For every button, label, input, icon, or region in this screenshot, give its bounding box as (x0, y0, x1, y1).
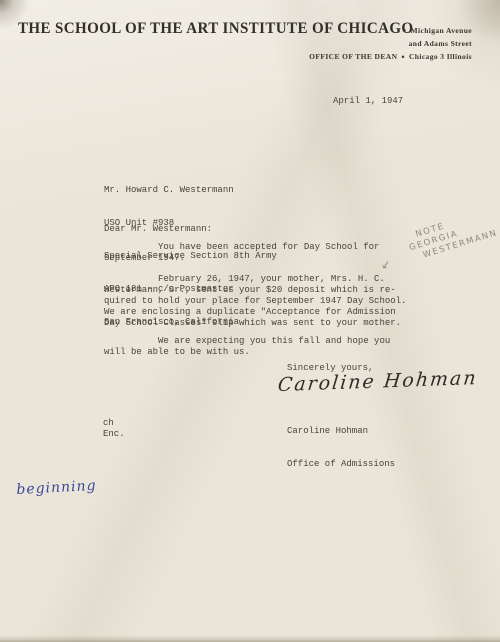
letterhead-street-line1: •Michigan Avenue (403, 26, 472, 37)
ink-annotation: beginning (16, 478, 97, 498)
letterhead-office-line: OFFICE OF THE DEAN•Chicago 3 Illinois (309, 52, 472, 62)
bullet-icon: • (401, 52, 405, 62)
letter-paper: THE SCHOOL OF THE ART INSTITUTE OF CHICA… (0, 0, 500, 642)
body-paragraph: We are expecting you this fall and hope … (104, 336, 390, 358)
recipient-line: Mr. Howard C. Westermann (104, 185, 277, 196)
reference-initials: ch Enc. (103, 418, 125, 440)
pencil-annotation: NOTE GEORGIA WESTERMANN (402, 207, 499, 265)
letterhead-street-line2: and Adams Street (409, 39, 472, 48)
letter-date: April 1, 1947 (333, 96, 403, 107)
body-paragraph: February 26, 1947, your mother, Mrs. H. … (104, 274, 406, 329)
body-paragraph: You have been accepted for Day School fo… (104, 242, 379, 264)
signer-name: Caroline Hohman (287, 426, 395, 437)
signer-block: Caroline Hohman Office of Admissions (287, 404, 395, 492)
letterhead-office: OFFICE OF THE DEAN (309, 52, 397, 61)
scanned-letter: THE SCHOOL OF THE ART INSTITUTE OF CHICA… (0, 0, 500, 642)
left-down-arrow-icon: ↙ (379, 253, 392, 273)
letterhead-title: THE SCHOOL OF THE ART INSTITUTE OF CHICA… (18, 20, 414, 38)
letterhead-street1-text: Michigan Avenue (411, 26, 473, 35)
letterhead-city: Chicago 3 Illinois (409, 52, 472, 61)
salutation: Dear Mr. Westermann: (104, 224, 212, 235)
signer-title: Office of Admissions (287, 459, 395, 470)
bullet-icon: • (403, 26, 407, 37)
